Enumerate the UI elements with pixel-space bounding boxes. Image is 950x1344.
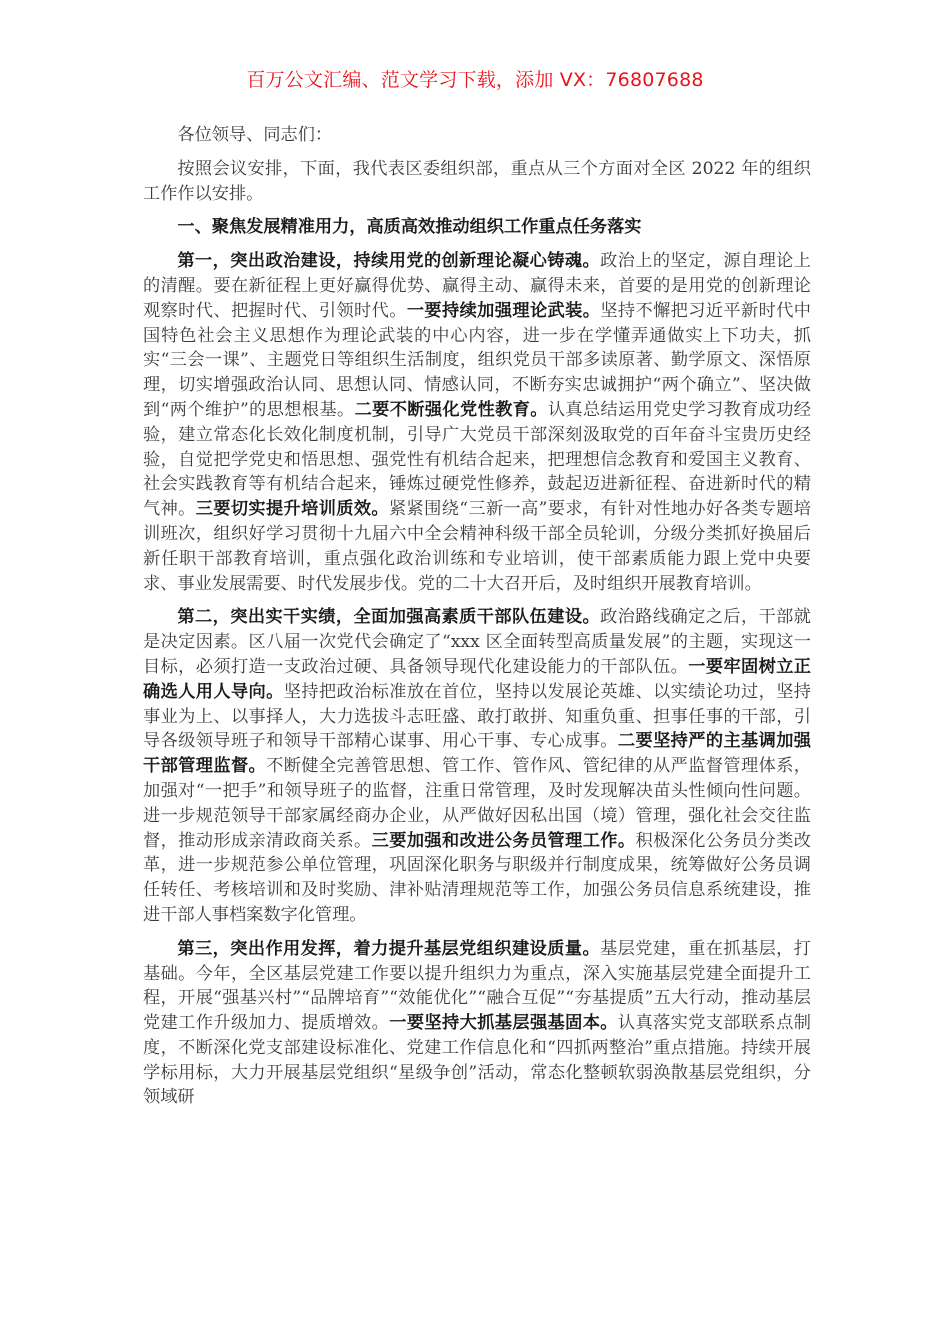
watermark-header: 百万公文汇编、范文学习下载，添加 VX：76807688 [0, 66, 950, 94]
paragraph-lead: 第一，突出政治建设，持续用党的创新理论凝心铸魂。 [177, 251, 600, 271]
point-heading: 一要坚持大抓基层强基固本。 [389, 1013, 618, 1033]
paragraph-second: 第二，突出实干实绩，全面加强高素质干部队伍建设。政治路线确定之后，干部就是决定因… [143, 605, 811, 927]
section-heading-1: 一、聚焦发展精准用力，高质高效推动组织工作重点任务落实 [143, 215, 811, 240]
point-heading: 三要加强和改进公务员管理工作。 [372, 831, 636, 851]
intro-paragraph: 按照会议安排，下面，我代表区委组织部，重点从三个方面对全区 2022 年的组织工… [143, 157, 811, 207]
paragraph-third: 第三，突出作用发挥，着力提升基层党组织建设质量。基层党建，重在抓基层，打基础。今… [143, 937, 811, 1111]
greeting: 各位领导、同志们： [143, 123, 811, 148]
point-heading: 三要切实提升培训质效。 [196, 499, 389, 519]
document-body: 各位领导、同志们： 按照会议安排，下面，我代表区委组织部，重点从三个方面对全区 … [143, 123, 811, 1119]
document-page: 百万公文汇编、范文学习下载，添加 VX：76807688 各位领导、同志们： 按… [0, 0, 950, 1344]
paragraph-lead: 第三，突出作用发挥，着力提升基层党组织建设质量。 [177, 939, 600, 959]
paragraph-first: 第一，突出政治建设，持续用党的创新理论凝心铸魂。政治上的坚定，源自理论上的清醒。… [143, 249, 811, 596]
paragraph-lead: 第二，突出实干实绩，全面加强高素质干部队伍建设。 [177, 607, 600, 627]
point-heading: 一要持续加强理论武装。 [407, 301, 600, 321]
point-heading: 二要不断强化党性教育。 [355, 400, 548, 420]
